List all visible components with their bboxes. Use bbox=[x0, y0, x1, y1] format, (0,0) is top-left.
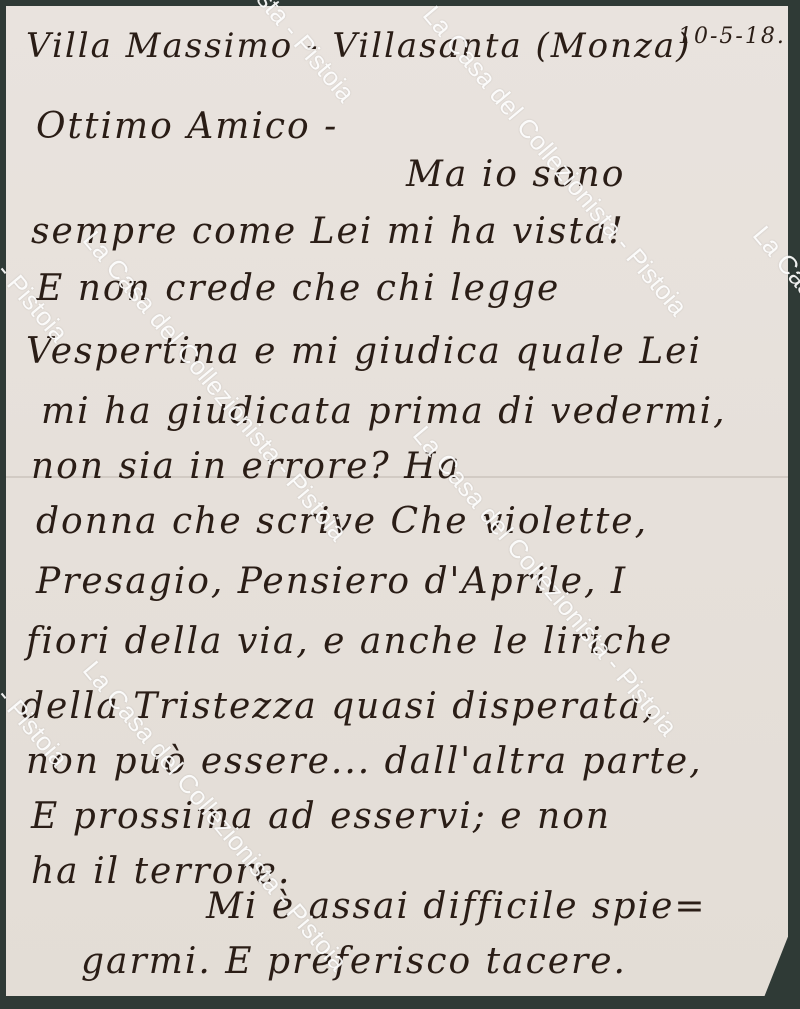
letter-line: non può essere... dall'altra parte, bbox=[26, 741, 703, 782]
letter-date: 10-5-18. bbox=[678, 24, 786, 49]
letter-line: mi ha giudicata prima di vedermi, bbox=[41, 391, 727, 432]
letter-place: Villa Massimo - Villasanta (Monza) bbox=[26, 26, 691, 66]
letter-line: garmi. E preferisco tacere. bbox=[81, 941, 627, 982]
letter-line: E prossima ad esservi; e non bbox=[31, 796, 611, 837]
letter-line: Vespertina e mi giudica quale Lei bbox=[26, 331, 702, 372]
letter-line: sempre come Lei mi ha vista! bbox=[31, 211, 625, 252]
letter-line: non sia in errore? Ha bbox=[31, 446, 461, 487]
letter-page: Villa Massimo - Villasanta (Monza) 10-5-… bbox=[6, 6, 788, 996]
salutation: Ottimo Amico - bbox=[36, 106, 338, 147]
